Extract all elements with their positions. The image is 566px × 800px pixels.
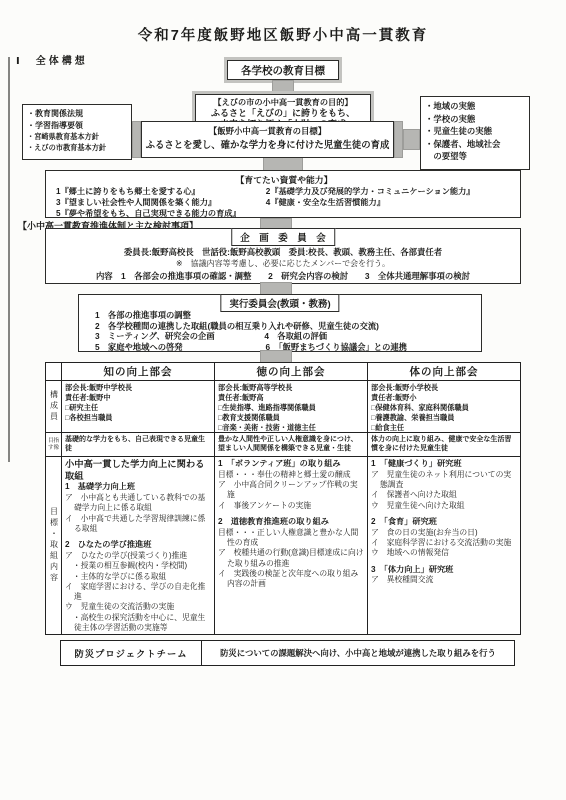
list-item: ・保護者、地域社会 <box>425 138 525 151</box>
list-item: ウ 地域への情報発信 <box>371 548 517 558</box>
goal-text: ふるさとを愛し、確かな学力を身に付けた児童生徒の育成 <box>142 137 393 151</box>
list-item: イ 家庭学習における、学びの自走化推進 <box>65 582 211 603</box>
list-item: 2 道徳教育推進班の取り組み <box>218 517 364 528</box>
document-page: 令和7年度飯野地区飯野小中高一貫教育 Ⅰ 全体構想 各学校の教育目標 【えびの市… <box>0 0 566 800</box>
disaster-team-label: 防災プロジェクトチーム <box>61 641 202 665</box>
list-item: ・学習指導要領 <box>27 120 127 132</box>
list-item: □各校担当職員 <box>65 413 211 423</box>
list-item: イ 保護者へ向けた取組 <box>371 490 517 500</box>
row-label-content: 目標・取組内容 <box>50 505 58 586</box>
legal-basis-box: ・教育関係法規・学習指導要領・宮崎県教育基本方針・えびの市教育基本方針 <box>22 104 132 160</box>
list-item: 2 各学校種間の連携した取組(職員の相互乗り入れや研修、児童生徒の交流) <box>95 321 481 332</box>
list-item: の要望等 <box>425 150 525 163</box>
qualities-heading: 【育てたい資質や能力】 <box>56 173 512 186</box>
purpose-heading: 【えびの市の小中高一貫教育の目的】 <box>196 97 370 108</box>
disaster-team-table: 防災プロジェクトチーム 防災についての課題解決へ向け、小中高と地域が連携した取り… <box>60 640 515 666</box>
list-item: □給食主任 <box>371 423 517 433</box>
list-item: ウ 児童生徒の交流活動の実施 <box>65 602 211 612</box>
list-item: ・えびの市教育基本方針 <box>27 143 127 154</box>
list-item: □研究主任 <box>65 403 211 413</box>
list-item: 1 「ボランティア班」の取り組み <box>218 459 364 470</box>
list-item: ア 食の日の実施(お弁当の日) <box>371 528 517 538</box>
list-item: 2 「食育」研究班 <box>371 517 517 528</box>
column-header-virtue: 徳の向上部会 <box>215 363 368 381</box>
list-item: 1『郷土に誇りをもち郷土を愛する心』 <box>56 186 266 197</box>
integrated-goal-box: 【飯野小中高一貫教育の目標】 ふるさとを愛し、確かな学力を身に付けた児童生徒の育… <box>141 121 394 158</box>
subcommittee-table: 知の向上部会 徳の向上部会 体の向上部会 構成員 部会長:飯野中学校長責任者:飯… <box>45 362 521 635</box>
list-item: 3 ミーティング、研究会の企画 4 各取組の評価 <box>95 331 481 342</box>
list-item: 目標・・・奉仕の精神と郷土愛の醸成 <box>218 470 364 480</box>
list-item: 2 ひなたの学び推進班 <box>65 540 211 551</box>
list-item: 責任者:飯野小 <box>371 393 517 403</box>
executive-committee-title: 実行委員会(教頭・教務) <box>220 294 339 312</box>
members-cell-body: 部会長:飯野小学校長責任者:飯野小□保健体育科、家庭科関係職員□養護教諭、栄養担… <box>368 381 520 433</box>
content-cell-body: 1 「健康づくり」研究班ア 児童生徒のネット利用についての実態調査イ 保護者へ向… <box>368 457 520 634</box>
list-item: 部会長:飯野高等学校長 <box>218 383 364 393</box>
list-item: □保健体育科、家庭科関係職員 <box>371 403 517 413</box>
content-cell-virtue: 1 「ボランティア班」の取り組み目標・・・奉仕の精神と郷土愛の醸成ア 小中高合同… <box>215 457 368 634</box>
list-item: イ 実践後の検証と次年度への取り組み内容の計画 <box>218 569 364 590</box>
local-context-box: ・地域の実態・学校の実態・児童生徒の実態・保護者、地域社会 の要望等 <box>420 96 530 170</box>
row-label-members: 構成員 <box>50 388 58 425</box>
document-title: 令和7年度飯野地区飯野小中高一貫教育 <box>0 24 566 45</box>
list-item: ・児童生徒の実態 <box>425 125 525 138</box>
list-item: □教育支援関係職員 <box>218 413 364 423</box>
list-item: 責任者:飯野中 <box>65 393 211 403</box>
list-item: イ 事後アンケートの実施 <box>218 501 364 511</box>
list-item: ・主体的な学びに係る取組 <box>65 572 211 582</box>
list-item: ・高校生の探究活動を中心に、児童生徒主体の学習活動の実施等 <box>65 613 211 634</box>
planning-committee-title: 企 画 委 員 会 <box>231 228 335 246</box>
target-cell-body: 体力の向上に取り組み、健康で安全な生活習慣を身に付けた児童生徒 <box>368 433 520 457</box>
list-item: □生徒指導、進路指導関係職員 <box>218 403 364 413</box>
executive-committee-items: 1 各部の推進事項の調整2 各学校種間の連携した取組(職員の相互乗り入れや研修、… <box>79 310 481 352</box>
list-item: ・教育関係法規 <box>27 108 127 120</box>
qualities-list: 1『郷土に誇りをもち郷土を愛する心』2『基礎学力及び発展的学力・コミュニケーショ… <box>56 186 512 219</box>
list-item: 1 「健康づくり」研究班 <box>371 459 517 470</box>
list-item: ・地域の実態 <box>425 100 525 113</box>
list-item: 目標・・・正しい人権意識と豊かな人間性の育成 <box>218 528 364 549</box>
list-item: □養護教諭、栄養担当職員 <box>371 413 517 423</box>
row-label-target: 目指す像 <box>46 433 62 457</box>
list-item: 1 基礎学力向上班 <box>65 482 211 493</box>
planning-committee-box: 企 画 委 員 会 委員長:飯野高校長 世話役:飯野高校教頭 委員:校長、教頭、… <box>45 228 521 284</box>
target-cell-virtue: 豊かな人間性や正しい人権意識を身につけ、望ましい人間関係を構築できる児童・生徒 <box>215 433 368 457</box>
list-item: ウ 児童生徒へ向けた取組 <box>371 501 517 511</box>
list-item: 3 「体力向上」研究班 <box>371 565 517 576</box>
purpose-line1: ふるさと「えびの」に誇りをもち、 <box>196 108 370 119</box>
column-header-wisdom: 知の向上部会 <box>62 363 215 381</box>
goal-left-pillar <box>132 121 141 158</box>
school-goals-label: 各学校の教育目標 <box>241 63 325 78</box>
planning-committee-note: ※ 協議内容等考慮し、必要に応じたメンバーで会を行う。 <box>46 258 520 269</box>
list-item: イ 家庭科学習における交流活動の実施 <box>371 538 517 548</box>
list-item: ・学校の実態 <box>425 113 525 126</box>
scan-edge-line <box>8 57 10 462</box>
list-item: 部会長:飯野中学校長 <box>65 383 211 393</box>
section-label: Ⅰ 全体構想 <box>16 52 88 67</box>
column-header-body: 体の向上部会 <box>368 363 520 381</box>
list-item: ・宮崎県教育基本方針 <box>27 132 127 143</box>
list-item: ア 異校種間交流 <box>371 575 517 585</box>
goal-right-pillar <box>394 121 403 158</box>
members-cell-virtue: 部会長:飯野高等学校長責任者:飯野高□生徒指導、進路指導関係職員□教育支援関係職… <box>215 381 368 433</box>
list-item: 2『基礎学力及び発展的学力・コミュニケーション能力』 <box>266 186 512 197</box>
list-item: □音楽・美術・技術・道徳主任 <box>218 423 364 433</box>
list-item: 4『健康・安全な生活習慣能力』 <box>266 197 512 208</box>
list-item: ア 児童生徒のネット利用についての実態調査 <box>371 470 517 491</box>
content-cell-wisdom: 小中高一貫した学力向上に関わる取組1 基礎学力向上班ア 小中高とも共通している教… <box>62 457 215 634</box>
target-cell-wisdom: 基礎的な学力をもち、自己表現できる児童生徒 <box>62 433 215 457</box>
planning-committee-contents: 内容 1 各部会の推進事項の確認・調整 2 研究会内容の検討 3 全体共通理解事… <box>46 270 520 282</box>
list-item: ア 小中高合同クリーンアップ作戦の実施 <box>218 480 364 501</box>
list-item: 部会長:飯野小学校長 <box>371 383 517 393</box>
qualities-box: 【育てたい資質や能力】 1『郷土に誇りをもち郷土を愛する心』2『基礎学力及び発展… <box>45 170 521 218</box>
list-item: ・授業の相互参観(校内・学校間) <box>65 561 211 571</box>
school-goals-box: 各学校の教育目標 <box>227 60 339 80</box>
list-item: ア 校種共通の行動(意識)目標達成に向けた取り組みの推進 <box>218 548 364 569</box>
list-item: ア 小中高とも共通している教科での基礎学力向上に係る取組 <box>65 493 211 514</box>
list-item: 責任者:飯野高 <box>218 393 364 403</box>
planning-committee-members: 委員長:飯野高校長 世話役:飯野高校教頭 委員:校長、教頭、教務主任、各部責任者 <box>46 246 520 258</box>
connector <box>272 80 294 94</box>
table-corner-cell <box>46 363 62 381</box>
list-item: 3『望ましい社会性や人間関係を築く能力』 <box>56 197 266 208</box>
members-cell-wisdom: 部会長:飯野中学校長責任者:飯野中□研究主任□各校担当職員 <box>62 381 215 433</box>
connector <box>403 129 420 150</box>
executive-committee-box: 実行委員会(教頭・教務) 1 各部の推進事項の調整2 各学校種間の連携した取組(… <box>78 294 482 352</box>
list-item: イ 小中高で共通した学習規律訓練に係る取組 <box>65 514 211 535</box>
list-item: 小中高一貫した学力向上に関わる取組 <box>65 459 211 482</box>
disaster-team-text: 防災についての課題解決へ向け、小中高と地域が連携した取り組みを行う <box>202 641 514 665</box>
list-item: ア ひなたの学び(授業づくり)推進 <box>65 551 211 561</box>
goal-heading: 【飯野小中高一貫教育の目標】 <box>142 125 393 137</box>
